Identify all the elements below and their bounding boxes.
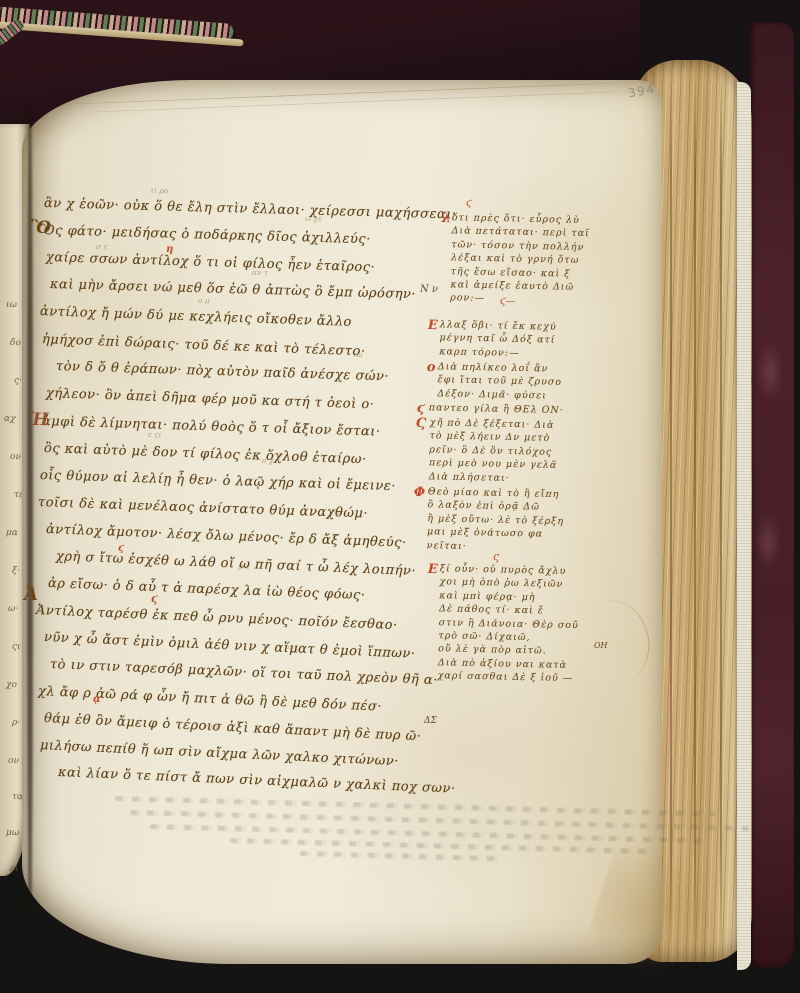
facing-page-text-fragment: ον [8,756,19,767]
manuscript-photo: ιωδος·αχοντεμαξ·ω·ςιχορ·ονταμωει 394 ἂν … [0,0,800,993]
rubric-initial: Φ [414,485,426,500]
margin-mark: ΔΣ [424,716,437,726]
rubric-mark: ϛ [118,543,124,554]
scholion-line: καρπ τόρον:— [439,345,556,361]
scholion-line: παντεο γίλα ἢ ΘΕλ ΟΝ· [429,401,564,417]
margin-scholion-block: λὅτι πρὲς ὅτι· εὗρος λὺΔιὰ πετάταται· πε… [440,211,590,308]
facing-page-text-fragment: αχ [4,414,16,425]
margin-scholion-block: Εξί οὖν· οὐ πυρὸς ἄχλυχοι μὴ ὀπὸ ῥω λεξι… [425,562,580,686]
leather-sheen [757,342,783,402]
interlinear-gloss: ο μ [198,296,210,305]
interlinear-gloss: ο χ [262,456,274,465]
facing-page-text-fragment: δο [10,338,21,349]
facing-page-text-fragment: ω· [8,604,19,615]
enlarged-initial: Ἡ [30,410,49,430]
facing-page-text-fragment: ον [10,452,21,463]
rubric-initial: Ϛ [416,416,427,431]
facing-page-text-fragment: μα [6,528,18,539]
margin-scholion-block: οΔιὰ πηλίκεο λοΐ ἂνἔφι ἵται τοῦ μὲ ζρυσο… [426,360,562,403]
enlarged-initial: Ἀ [24,584,38,605]
interlinear-gloss: ω χε [305,214,322,224]
facing-page-text-fragment: μω [6,828,20,839]
facing-page-text-fragment: ξ· [12,566,20,576]
facing-page-text-fragment: ιω [6,300,17,311]
interlinear-gloss: τὶ ρο [150,186,169,196]
margin-scholion-block: Ελλαξ ὅβι· τί ἔκ κεχύμέγνη ταῖ ὦ Δόξ ατί… [427,318,557,361]
interlinear-gloss: μ ε [238,562,250,571]
rubric-initial: λ [442,211,451,226]
facing-page-text-fragment: ς· [14,376,22,386]
interlinear-gloss: τω [352,350,363,359]
scholion-line: Δέξον· Διμᾶ· φύσει [437,387,562,403]
interlinear-gloss: ω ς [286,642,299,651]
interlinear-gloss: τ ν [330,508,341,517]
rubric-mark: ᾳ [93,694,101,705]
margin-mark: ς [493,550,499,563]
rubric-initial: ο [427,360,436,375]
rubric-mark: ϛ [151,592,158,605]
facing-page-text-fragment: ρ· [12,718,21,728]
interlinear-gloss: τ αι [204,722,219,732]
scholion-line: Διὰ πλήσεται· [429,470,558,486]
scholion-line: ρον:— [450,292,588,308]
margin-scholion-block: Ϛχῆ πὸ Δὲ ξέξεται· Διὰτὸ μὲξ λήειν Δν με… [415,416,559,486]
facing-page-text-fragment: χο [6,680,17,691]
margin-mark: ϛ— [500,296,516,307]
leather-sheen [755,512,781,572]
interlinear-gloss: αν τ [252,268,268,278]
rubric-mark: η [166,244,173,255]
margin-scholion-block: ΦΘεὸ μίαο καὶ τὸ ἢ εἴπηὃ λαξὸν ἐπὶ ὁρᾷ Δ… [413,485,565,555]
page-edge-line [720,70,722,952]
interlinear-gloss: ε ςι [148,430,162,439]
enlarged-initial: Ὃ [30,218,51,238]
flyleaf-edge [737,82,751,970]
book-cover [749,22,794,968]
facing-page-text-fragment: ει [10,864,19,874]
rubric-initial: Ε [428,318,438,333]
page-edge-line [694,66,696,954]
page-edge-line [670,64,672,956]
margin-mark: ϛ [466,198,472,209]
rubric-initial: Ε [428,562,438,577]
interlinear-gloss: σ ε [96,242,108,251]
rubric-initial: ϛ [417,401,425,416]
facing-page-text-fragment: ςι [12,642,21,652]
margin-mark: Ν ν [420,284,438,295]
